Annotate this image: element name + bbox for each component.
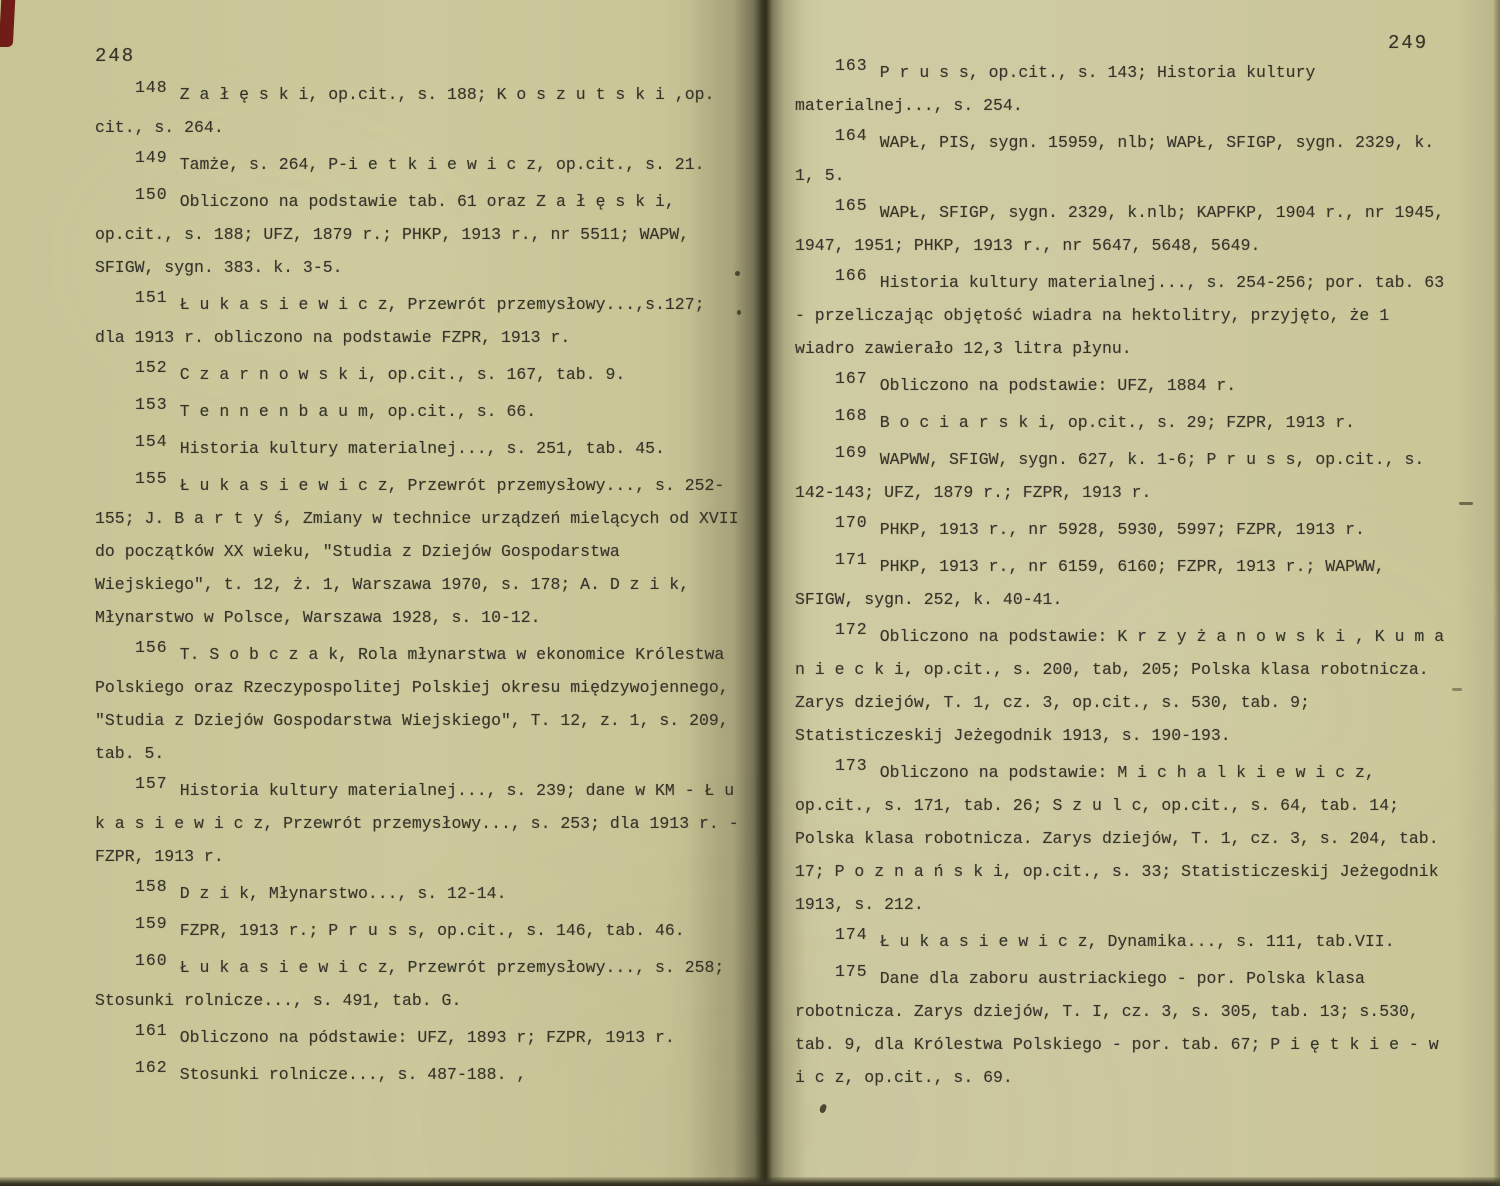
footnote-number: 149 (135, 148, 168, 167)
footnote-text: WAPWW, SFIGW, sygn. 627, k. 1-6; P r u s… (795, 450, 1424, 502)
footnote-number: 150 (135, 185, 168, 204)
footnote-number: 161 (135, 1021, 168, 1040)
footnote-148: 148Z a ł ę s k i, op.cit., s. 188; K o s… (95, 78, 743, 144)
footnotes-right-page: 163P r u s s, op.cit., s. 143; Historia … (795, 56, 1451, 1098)
footnote-text: Historia kultury materialnej..., s. 251,… (180, 439, 665, 458)
scan-speck (1452, 688, 1462, 691)
footnote-number: 165 (835, 196, 868, 215)
footnote-text: Z a ł ę s k i, op.cit., s. 188; K o s z … (95, 85, 714, 137)
footnote-number: 151 (135, 288, 168, 307)
footnote-text: Obliczono na podstawie: K r z y ż a n o … (795, 627, 1444, 745)
footnote-153: 153T e n n e n b a u m, op.cit., s. 66. (95, 395, 743, 428)
footnote-text: Ł u k a s i e w i c z, Przewrót przemysł… (95, 476, 739, 627)
scan-bottom-edge (0, 1177, 1500, 1186)
footnote-number: 169 (835, 443, 868, 462)
footnote-text: Ł u k a s i e w i c z, Przewrót przemysł… (95, 295, 705, 347)
footnote-149: 149Tamże, s. 264, P-i e t k i e w i c z,… (95, 148, 743, 181)
scan-speck (1459, 502, 1473, 505)
page-number-right: 249 (1388, 32, 1428, 54)
footnote-text: Obliczono na podstawie: UFZ, 1884 r. (880, 376, 1236, 395)
footnote-158: 158D z i k, Młynarstwo..., s. 12-14. (95, 877, 743, 910)
footnote-170: 170PHKP, 1913 r., nr 5928, 5930, 5997; F… (795, 513, 1451, 546)
footnote-150: 150Obliczono na podstawie tab. 61 oraz Z… (95, 185, 743, 284)
footnote-168: 168B o c i a r s k i, op.cit., s. 29; FZ… (795, 406, 1451, 439)
scan-speck (737, 310, 741, 315)
page-number-left: 248 (95, 45, 135, 67)
footnote-number: 172 (835, 620, 868, 639)
footnote-165: 165WAPŁ, SFIGP, sygn. 2329, k.nlb; KAPFK… (795, 196, 1451, 262)
footnote-text: Ł u k a s i e w i c z, Przewrót przemysł… (95, 958, 724, 1010)
footnote-164: 164WAPŁ, PIS, sygn. 15959, nlb; WAPŁ, SF… (795, 126, 1451, 192)
footnote-number: 173 (835, 756, 868, 775)
book-gutter-shadow (688, 0, 806, 1186)
footnote-text: T. S o b c z a k, Rola młynarstwa w ekon… (95, 645, 729, 763)
footnote-number: 163 (835, 56, 868, 75)
footnote-number: 155 (135, 469, 168, 488)
footnote-number: 171 (835, 550, 868, 569)
footnote-161: 161Obliczono na pódstawie: UFZ, 1893 r; … (95, 1021, 743, 1054)
footnote-text: D z i k, Młynarstwo..., s. 12-14. (180, 884, 507, 903)
footnote-number: 174 (835, 925, 868, 944)
footnote-173: 173Obliczono na podstawie: M i c h a l k… (795, 756, 1451, 921)
footnote-152: 152C z a r n o w s k i, op.cit., s. 167,… (95, 358, 743, 391)
footnote-number: 154 (135, 432, 168, 451)
footnote-text: Obliczono na podstawie: M i c h a l k i … (795, 763, 1439, 914)
footnote-text: Historia kultury materialnej..., s. 254-… (795, 273, 1444, 358)
footnote-text: WAPŁ, SFIGP, sygn. 2329, k.nlb; KAPFKP, … (795, 203, 1444, 255)
footnote-162: 162Stosunki rolnicze..., s. 487-188. , (95, 1058, 743, 1091)
footnote-text: PHKP, 1913 r., nr 5928, 5930, 5997; FZPR… (880, 520, 1365, 539)
book-scan: 248 249 148Z a ł ę s k i, op.cit., s. 18… (0, 0, 1500, 1186)
footnote-156: 156T. S o b c z a k, Rola młynarstwa w e… (95, 638, 743, 770)
footnotes-left-page: 148Z a ł ę s k i, op.cit., s. 188; K o s… (95, 78, 743, 1095)
footnote-text: Dane dla zaboru austriackiego - por. Pol… (795, 969, 1439, 1087)
footnote-151: 151Ł u k a s i e w i c z, Przewrót przem… (95, 288, 743, 354)
footnote-number: 170 (835, 513, 868, 532)
footnote-text: P r u s s, op.cit., s. 143; Historia kul… (795, 63, 1315, 115)
footnote-text: Obliczono na podstawie tab. 61 oraz Z a … (95, 192, 689, 277)
footnote-157: 157Historia kultury materialnej..., s. 2… (95, 774, 743, 873)
footnote-number: 156 (135, 638, 168, 657)
footnote-number: 167 (835, 369, 868, 388)
footnote-number: 164 (835, 126, 868, 145)
footnote-172: 172Obliczono na podstawie: K r z y ż a n… (795, 620, 1451, 752)
footnote-text: WAPŁ, PIS, sygn. 15959, nlb; WAPŁ, SFIGP… (795, 133, 1434, 185)
footnote-number: 152 (135, 358, 168, 377)
footnote-text: T e n n e n b a u m, op.cit., s. 66. (180, 402, 536, 421)
footnote-167: 167Obliczono na podstawie: UFZ, 1884 r. (795, 369, 1451, 402)
footnote-text: Obliczono na pódstawie: UFZ, 1893 r; FZP… (180, 1028, 675, 1047)
footnote-text: Ł u k a s i e w i c z, Dynamika..., s. 1… (880, 932, 1395, 951)
scan-speck (735, 271, 740, 276)
footnote-163: 163P r u s s, op.cit., s. 143; Historia … (795, 56, 1451, 122)
footnote-154: 154Historia kultury materialnej..., s. 2… (95, 432, 743, 465)
footnote-text: Tamże, s. 264, P-i e t k i e w i c z, op… (180, 155, 705, 174)
footnote-166: 166Historia kultury materialnej..., s. 2… (795, 266, 1451, 365)
footnote-169: 169WAPWW, SFIGW, sygn. 627, k. 1-6; P r … (795, 443, 1451, 509)
footnote-number: 159 (135, 914, 168, 933)
footnote-number: 153 (135, 395, 168, 414)
footnote-text: FZPR, 1913 r.; P r u s s, op.cit., s. 14… (180, 921, 685, 940)
footnote-160: 160Ł u k a s i e w i c z, Przewrót przem… (95, 951, 743, 1017)
footnote-text: C z a r n o w s k i, op.cit., s. 167, ta… (180, 365, 626, 384)
footnote-number: 148 (135, 78, 168, 97)
footnote-text: PHKP, 1913 r., nr 6159, 6160; FZPR, 1913… (795, 557, 1385, 609)
footnote-174: 174Ł u k a s i e w i c z, Dynamika..., s… (795, 925, 1451, 958)
footnote-number: 175 (835, 962, 868, 981)
footnote-159: 159FZPR, 1913 r.; P r u s s, op.cit., s.… (95, 914, 743, 947)
footnote-number: 162 (135, 1058, 168, 1077)
scan-right-edge (1493, 0, 1500, 1186)
footnote-text: Historia kultury materialnej..., s. 239;… (95, 781, 739, 866)
footnote-171: 171PHKP, 1913 r., nr 6159, 6160; FZPR, 1… (795, 550, 1451, 616)
footnote-text: B o c i a r s k i, op.cit., s. 29; FZPR,… (880, 413, 1355, 432)
footnote-155: 155Ł u k a s i e w i c z, Przewrót przem… (95, 469, 743, 634)
footnote-175: 175Dane dla zaboru austriackiego - por. … (795, 962, 1451, 1094)
footnote-number: 157 (135, 774, 168, 793)
corner-red-mark (0, 0, 15, 47)
footnote-number: 160 (135, 951, 168, 970)
footnote-number: 166 (835, 266, 868, 285)
footnote-number: 158 (135, 877, 168, 896)
footnote-text: Stosunki rolnicze..., s. 487-188. , (180, 1065, 527, 1084)
footnote-number: 168 (835, 406, 868, 425)
